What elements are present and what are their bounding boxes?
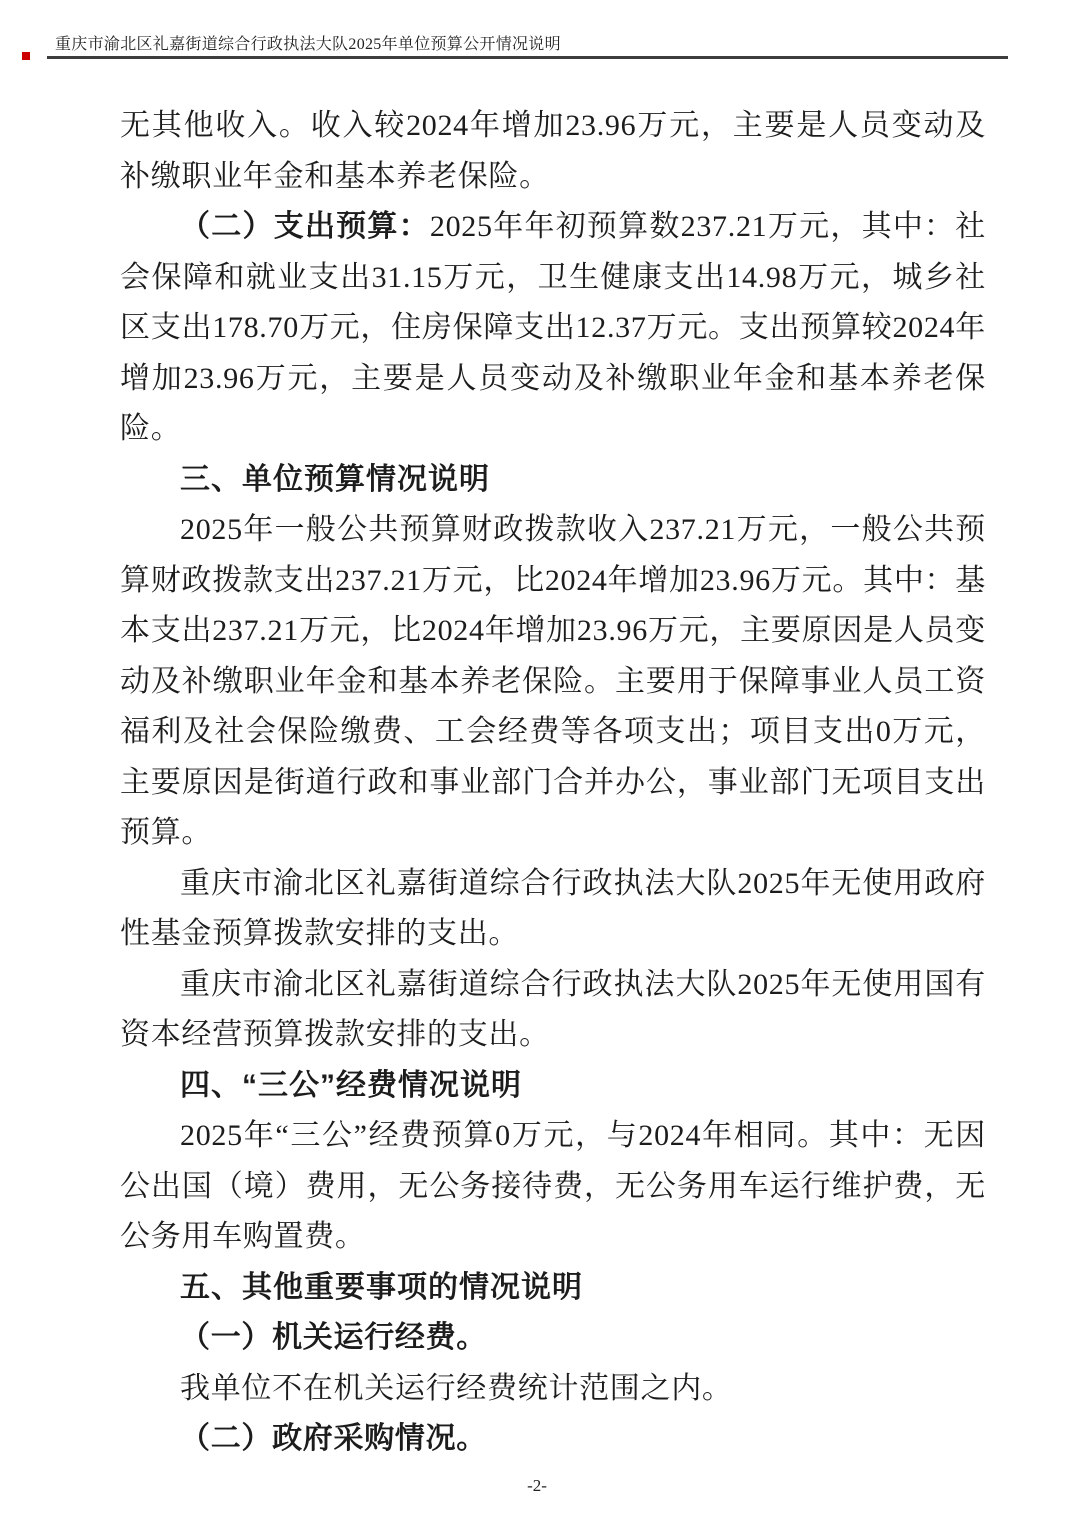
paragraph: 我单位不在机关运行经费统计范围之内。	[120, 1364, 986, 1415]
paragraph-lead-bold: （二）支出预算：	[180, 210, 430, 243]
paragraph: （二）支出预算：2025年年初预算数237.21万元，其中：社会保障和就业支出3…	[120, 202, 986, 455]
section-heading: 三、单位预算情况说明	[120, 455, 986, 506]
header-divider	[47, 56, 1008, 59]
section-heading: 四、“三公”经费情况说明	[120, 1061, 986, 1112]
paragraph: 无其他收入。收入较2024年增加23.96万元，主要是人员变动及补缴职业年金和基…	[120, 101, 986, 202]
document-header-title: 重庆市渝北区礼嘉街道综合行政执法大队2025年单位预算公开情况说明	[55, 31, 561, 54]
red-corner-mark	[22, 52, 30, 60]
sub-heading: （一）机关运行经费。	[120, 1313, 986, 1364]
page-number: -2-	[0, 1476, 1074, 1496]
paragraph: 重庆市渝北区礼嘉街道综合行政执法大队2025年无使用政府性基金预算拨款安排的支出…	[120, 859, 986, 960]
document-page: 重庆市渝北区礼嘉街道综合行政执法大队2025年单位预算公开情况说明 无其他收入。…	[0, 0, 1074, 1520]
document-body: 无其他收入。收入较2024年增加23.96万元，主要是人员变动及补缴职业年金和基…	[120, 101, 986, 1465]
paragraph: 2025年“三公”经费预算0万元，与2024年相同。其中：无因公出国（境）费用，…	[120, 1111, 986, 1263]
paragraph: 2025年一般公共预算财政拨款收入237.21万元，一般公共预算财政拨款支出23…	[120, 505, 986, 859]
paragraph: 重庆市渝北区礼嘉街道综合行政执法大队2025年无使用国有资本经营预算拨款安排的支…	[120, 960, 986, 1061]
sub-heading: （二）政府采购情况。	[120, 1414, 986, 1465]
section-heading: 五、其他重要事项的情况说明	[120, 1263, 986, 1314]
